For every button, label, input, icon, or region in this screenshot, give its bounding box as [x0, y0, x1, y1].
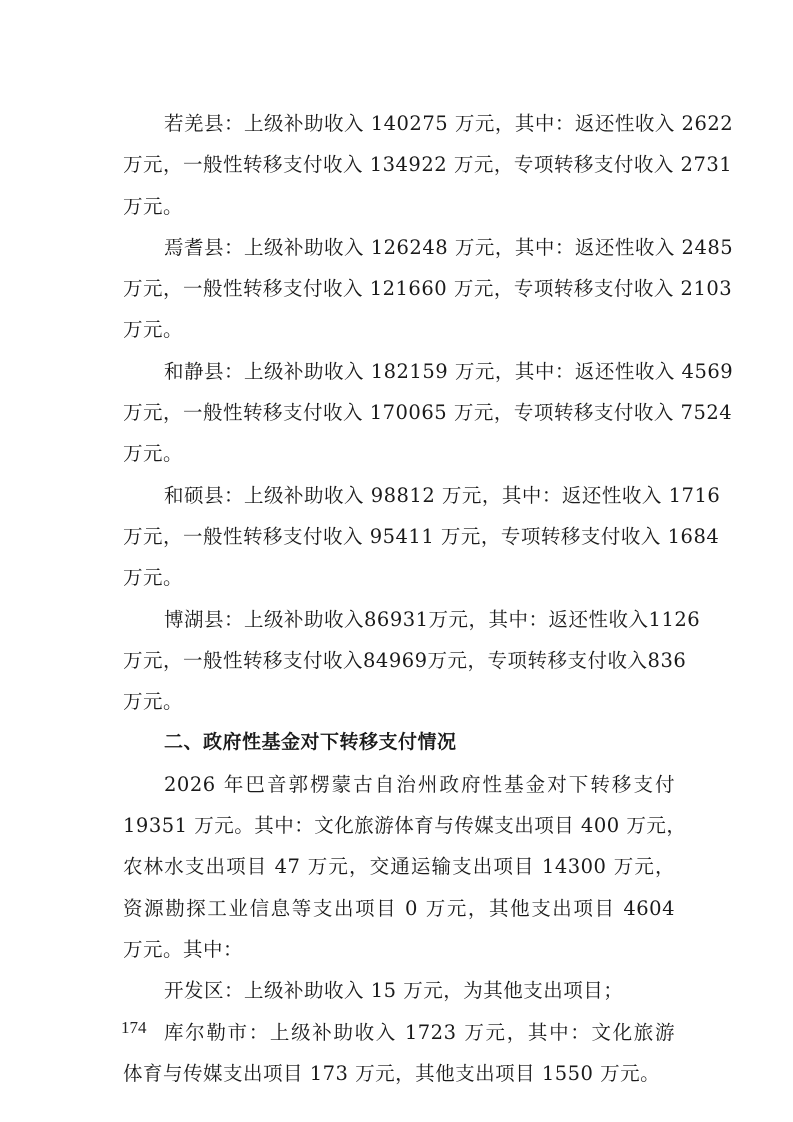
text-line: 万元，一般性转移支付收入 95411 万元，专项转移支付收入 1684: [123, 516, 675, 557]
paragraph-kaifaqu: 开发区：上级补助收入 15 万元，为其他支出项目；: [123, 970, 675, 1011]
paragraph-fund-summary: 2026 年巴音郭楞蒙古自治州政府性基金对下转移支付 19351 万元。其中：文…: [123, 764, 675, 970]
text-line: 万元，一般性转移支付收入84969万元，专项转移支付收入836: [123, 640, 675, 681]
document-page: 若羌县：上级补助收入 140275 万元，其中：返还性收入 2622 万元，一般…: [123, 103, 675, 1094]
text-line: 万元。: [123, 309, 675, 350]
text-line: 体育与传媒支出项目 173 万元，其他支出项目 1550 万元。: [123, 1053, 675, 1094]
page-number: 174: [121, 1018, 147, 1038]
text-line: 2026 年巴音郭楞蒙古自治州政府性基金对下转移支付: [123, 764, 675, 805]
text-line: 和硕县：上级补助收入 98812 万元，其中：返还性收入 1716: [123, 475, 675, 516]
text-line: 万元。: [123, 557, 675, 598]
text-line: 万元，一般性转移支付收入 121660 万元，专项转移支付收入 2103: [123, 268, 675, 309]
text-line: 万元，一般性转移支付收入 170065 万元，专项转移支付收入 7524: [123, 392, 675, 433]
text-line: 万元。: [123, 186, 675, 227]
text-line: 若羌县：上级补助收入 140275 万元，其中：返还性收入 2622: [123, 103, 675, 144]
text-line: 和静县：上级补助收入 182159 万元，其中：返还性收入 4569: [123, 351, 675, 392]
paragraph-heshuo: 和硕县：上级补助收入 98812 万元，其中：返还性收入 1716 万元，一般性…: [123, 475, 675, 599]
text-line: 万元，一般性转移支付收入 134922 万元，专项转移支付收入 2731: [123, 144, 675, 185]
paragraph-hejing: 和静县：上级补助收入 182159 万元，其中：返还性收入 4569 万元，一般…: [123, 351, 675, 475]
text-line: 资源勘探工业信息等支出项目 0 万元，其他支出项目 4604: [123, 888, 675, 929]
text-line: 博湖县：上级补助收入86931万元，其中：返还性收入1126: [123, 599, 675, 640]
paragraph-korla: 库尔勒市：上级补助收入 1723 万元，其中：文化旅游 体育与传媒支出项目 17…: [123, 1012, 675, 1095]
text-line: 万元。: [123, 433, 675, 474]
text-line: 19351 万元。其中：文化旅游体育与传媒支出项目 400 万元，: [123, 805, 675, 846]
paragraph-bohu: 博湖县：上级补助收入86931万元，其中：返还性收入1126 万元，一般性转移支…: [123, 599, 675, 723]
text-line: 开发区：上级补助收入 15 万元，为其他支出项目；: [123, 970, 675, 1011]
paragraph-ruoqiang: 若羌县：上级补助收入 140275 万元，其中：返还性收入 2622 万元，一般…: [123, 103, 675, 227]
text-line: 农林水支出项目 47 万元，交通运输支出项目 14300 万元，: [123, 846, 675, 887]
text-line: 焉耆县：上级补助收入 126248 万元，其中：返还性收入 2485: [123, 227, 675, 268]
section-heading: 二、政府性基金对下转移支付情况: [123, 722, 675, 763]
text-line: 库尔勒市：上级补助收入 1723 万元，其中：文化旅游: [123, 1012, 675, 1053]
text-line: 万元。其中：: [123, 929, 675, 970]
text-line: 万元。: [123, 681, 675, 722]
paragraph-yanqi: 焉耆县：上级补助收入 126248 万元，其中：返还性收入 2485 万元，一般…: [123, 227, 675, 351]
